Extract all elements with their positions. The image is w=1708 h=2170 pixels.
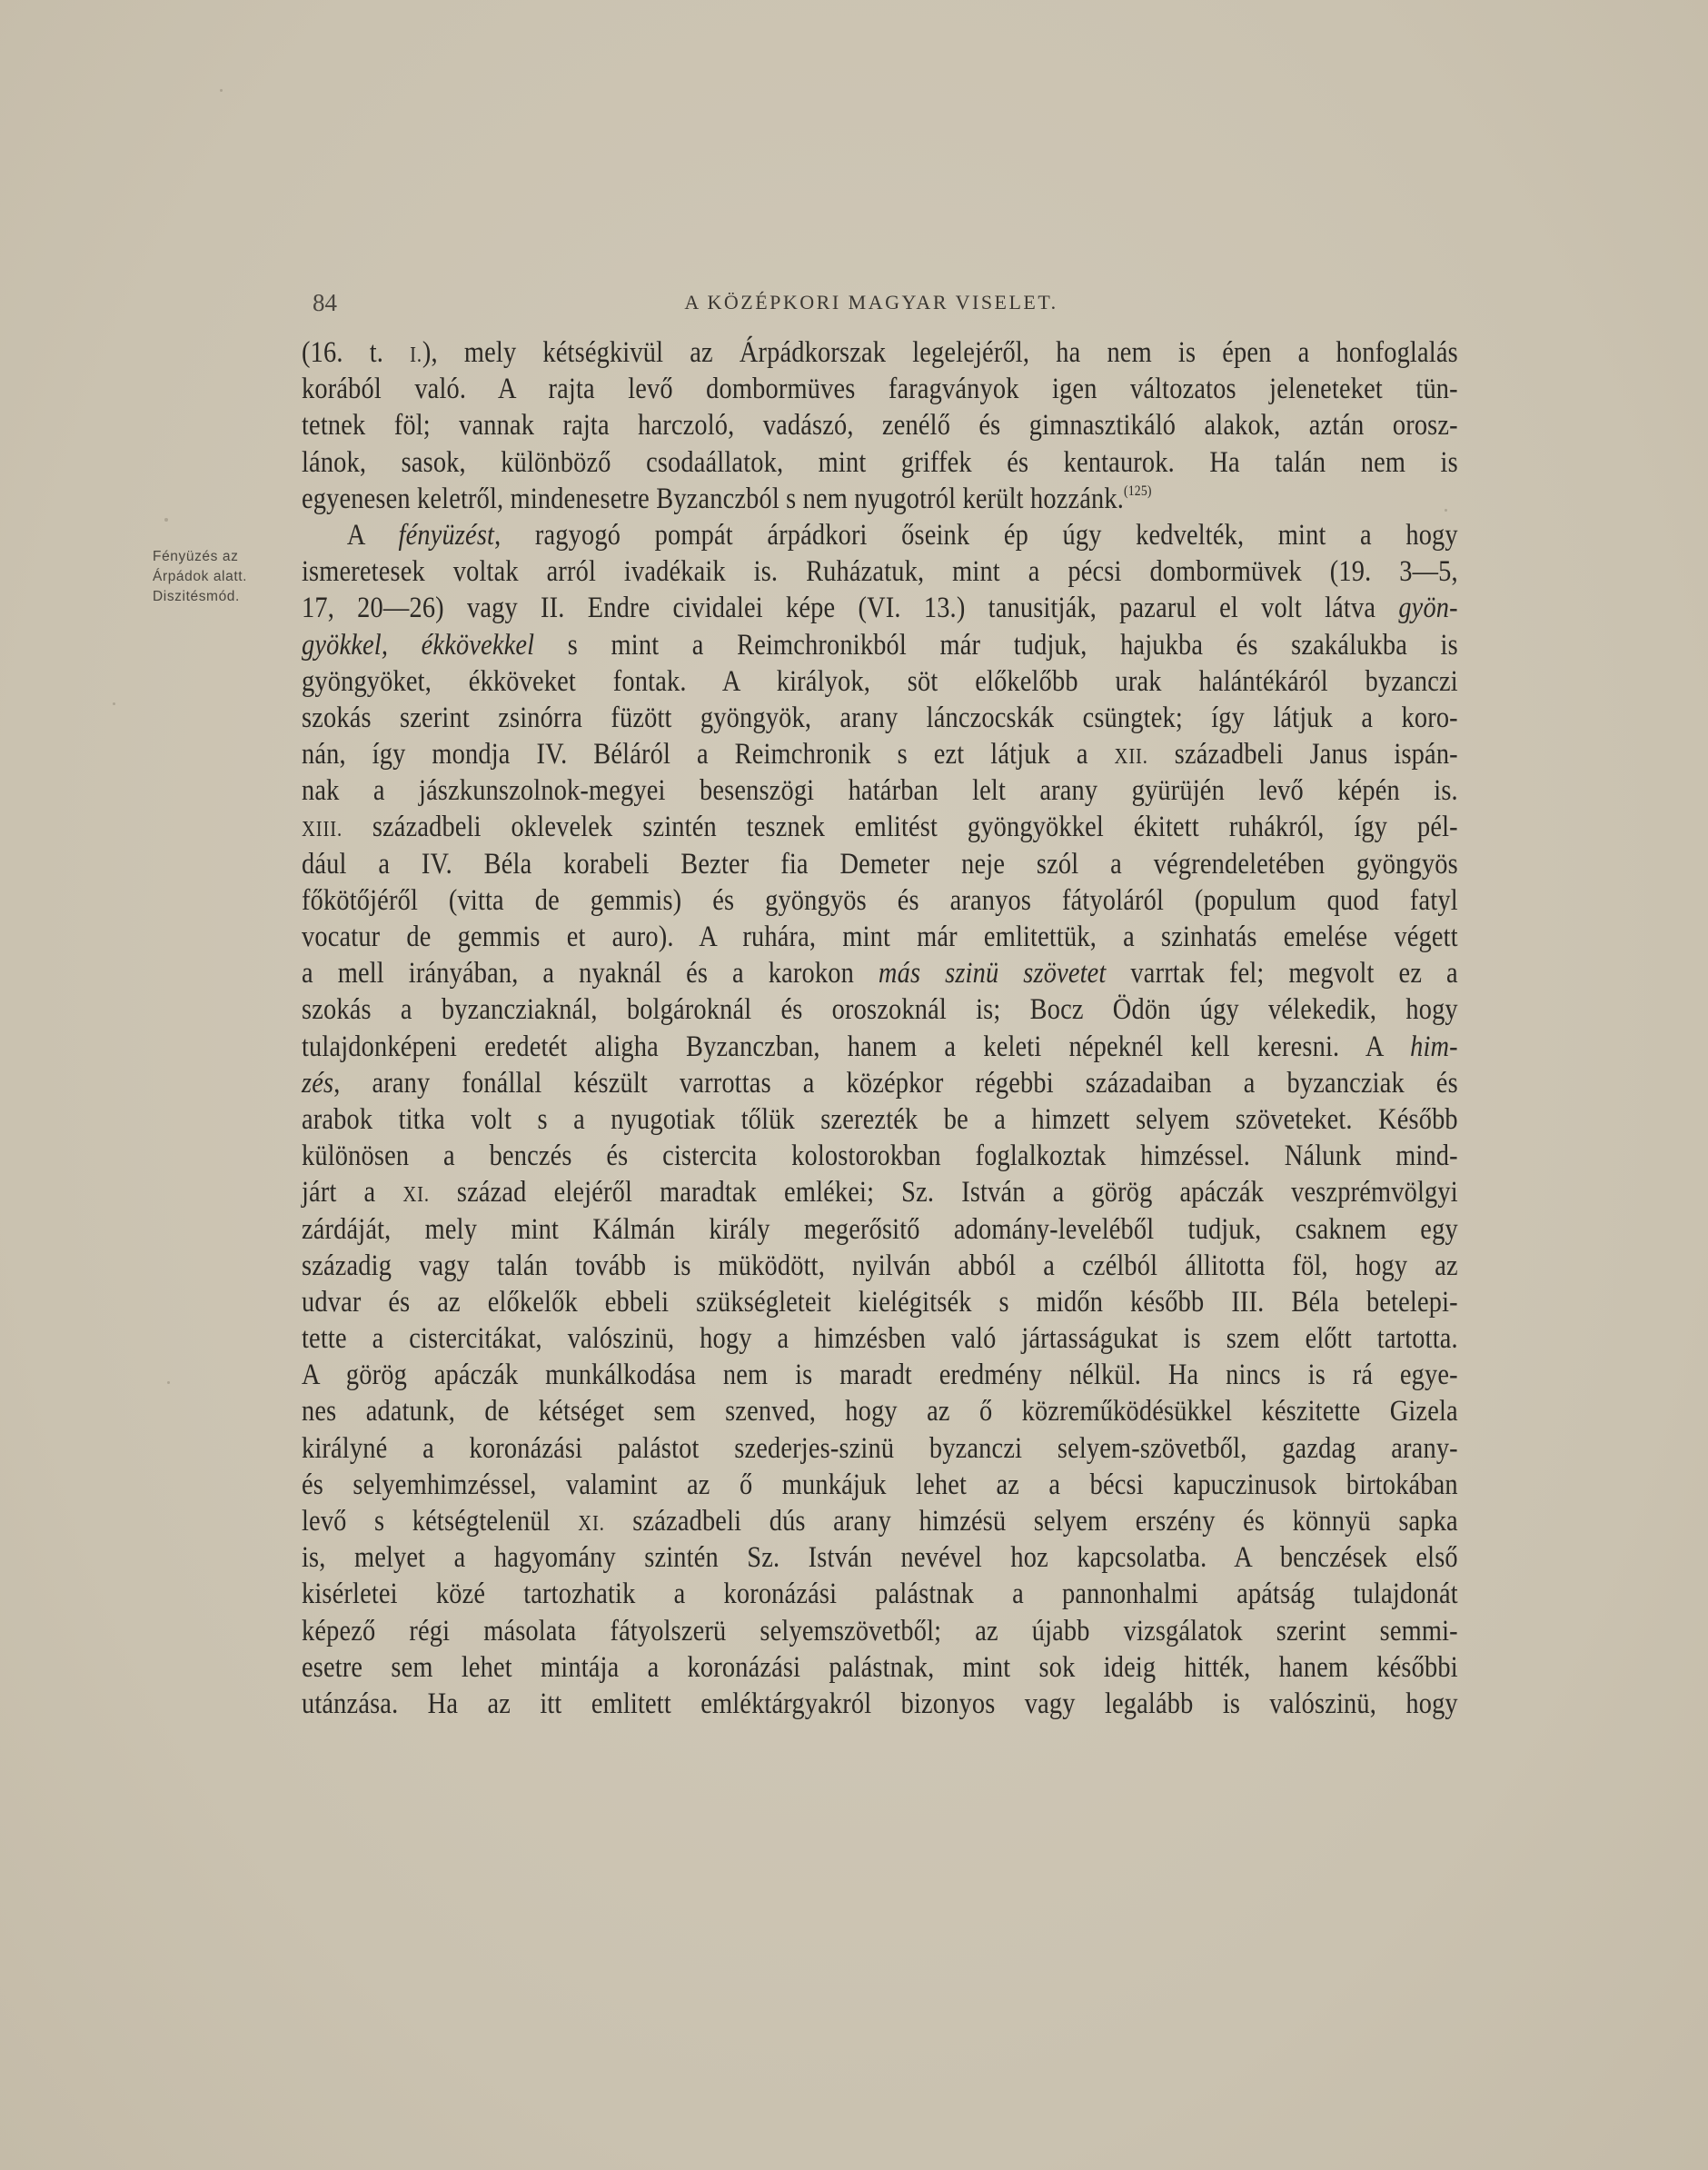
paper-speck xyxy=(220,89,223,92)
margin-note-line: Árpádok alatt. xyxy=(153,567,289,587)
text-line: különösen a benczés és cistercita kolost… xyxy=(302,1138,1458,1174)
text-run: A görög apáczák munkálkodása nem is mara… xyxy=(302,1359,1458,1391)
text-run: szokás a byzancziaknál, bolgároknál és o… xyxy=(302,993,1458,1026)
text-run: XII. xyxy=(1115,745,1148,769)
text-run: XI. xyxy=(578,1512,605,1536)
text-line: tulajdonképeni eredetét aligha Byzanczba… xyxy=(302,1029,1458,1065)
text-line: vocatur de gemmis et auro). A ruhára, mi… xyxy=(302,919,1458,955)
text-run: egyenesen keletről, mindenesetre Byzancz… xyxy=(302,483,1124,515)
text-run: levő s kétségtelenül xyxy=(302,1505,578,1538)
running-title: A KÖZÉPKORI MAGYAR VISELET. xyxy=(313,291,1430,314)
text-run: képező régi másolata fátyolszerü selyems… xyxy=(302,1615,1458,1647)
footnote-ref: (125) xyxy=(1124,483,1152,499)
text-run: század elejéről maradtak emlékei; Sz. Is… xyxy=(430,1176,1458,1209)
text-run: századig vagy talán tovább is müködött, … xyxy=(302,1249,1458,1282)
text-line: főkötőjéről (vitta de gemmis) és gyöngyö… xyxy=(302,882,1458,919)
text-line: (16. t. I.), mely kétségkivül az Árpádko… xyxy=(302,334,1458,371)
text-run: vocatur de gemmis et auro). A ruhára, mi… xyxy=(302,921,1458,953)
text-run: ismeretesek voltak arról ivadékaik is. R… xyxy=(302,555,1458,588)
body-text: (16. t. I.), mely kétségkivül az Árpádko… xyxy=(302,334,1457,1722)
text-line: dául a IV. Béla korabeli Bezter fia Deme… xyxy=(302,846,1458,882)
text-line: nán, így mondja IV. Béláról a Reimchroni… xyxy=(302,736,1458,772)
text-run: nes adatunk, de kétséget sem szenved, ho… xyxy=(302,1395,1458,1428)
text-line: századig vagy talán tovább is müködött, … xyxy=(302,1248,1458,1284)
text-run: dául a IV. Béla korabeli Bezter fia Deme… xyxy=(302,848,1458,881)
text-run: szokás szerint zsinórra füzött gyöngyök,… xyxy=(302,702,1458,734)
text-run: kisérletei közé tartozhatik a koronázási… xyxy=(302,1578,1458,1610)
text-run: (16. t. xyxy=(302,336,410,369)
text-run: udvar és az előkelők ebbeli szükségletei… xyxy=(302,1286,1458,1319)
text-line: arabok titka volt s a nyugotiak tőlük sz… xyxy=(302,1101,1458,1138)
italic-term: fényüzést xyxy=(399,519,495,552)
text-run: gyöngyöket, ékköveket fontak. A királyok… xyxy=(302,665,1458,698)
text-line: 17, 20—26) vagy II. Endre cividalei képe… xyxy=(302,590,1458,626)
text-run: s mint a Reimchronikból már tudjuk, haju… xyxy=(534,629,1458,662)
text-run: századbeli Janus ispán- xyxy=(1148,738,1458,771)
text-line: és selyemhimzéssel, valamint az ő munkáj… xyxy=(302,1467,1458,1503)
text-run: lánok, sasok, különböző csodaállatok, mi… xyxy=(302,446,1458,479)
text-line: levő s kétségtelenül XI. századbeli dús … xyxy=(302,1503,1458,1539)
text-line: esetre sem lehet mintája a koronázási pa… xyxy=(302,1649,1458,1686)
text-line: korából való. A rajta levő dombormüves f… xyxy=(302,371,1458,407)
text-line: járt a XI. század elejéről maradtak emlé… xyxy=(302,1174,1458,1210)
text-line: udvar és az előkelők ebbeli szükségletei… xyxy=(302,1284,1458,1320)
text-line: képező régi másolata fátyolszerü selyems… xyxy=(302,1613,1458,1649)
margin-note: Fényüzés az Árpádok alatt. Diszitésmód. xyxy=(153,547,289,607)
text-line: gyökkel, ékkövekkel s mint a Reimchronik… xyxy=(302,627,1458,663)
italic-term: más szinü szövetet xyxy=(879,957,1107,990)
text-line: XIII. századbeli oklevelek szintén teszn… xyxy=(302,809,1458,845)
text-line: is, melyet a hagyomány szintén Sz. Istvá… xyxy=(302,1539,1458,1576)
text-run: , ragyogó pompát árpádkori őseink ép úgy… xyxy=(494,519,1458,552)
text-line: a mell irányában, a nyaknál és a karokon… xyxy=(302,955,1458,991)
text-line: egyenesen keletről, mindenesetre Byzancz… xyxy=(302,481,1458,517)
text-run: is, melyet a hagyomány szintén Sz. Istvá… xyxy=(302,1541,1458,1574)
paper-speck xyxy=(1445,509,1447,512)
text-line: zárdáját, mely mint Kálmán király megerő… xyxy=(302,1211,1458,1248)
text-line: A görög apáczák munkálkodása nem is mara… xyxy=(302,1357,1458,1393)
text-line: szokás szerint zsinórra füzött gyöngyök,… xyxy=(302,700,1458,736)
text-line: ismeretesek voltak arról ivadékaik is. R… xyxy=(302,553,1458,590)
text-run: nán, így mondja IV. Béláról a Reimchroni… xyxy=(302,738,1115,771)
text-run: I. xyxy=(410,343,422,367)
text-run: tetnek föl; vannak rajta harczoló, vadás… xyxy=(302,409,1458,442)
text-run: különösen a benczés és cistercita kolost… xyxy=(302,1140,1458,1172)
text-run: tulajdonképeni eredetét aligha Byzanczba… xyxy=(302,1030,1410,1063)
text-line: királyné a koronázási palástot szederjes… xyxy=(302,1430,1458,1467)
text-run: 17, 20—26) vagy II. Endre cividalei képe… xyxy=(302,592,1398,624)
text-run: járt a xyxy=(302,1176,402,1209)
text-run: főkötőjéről (vitta de gemmis) és gyöngyö… xyxy=(302,884,1458,917)
text-run: A xyxy=(347,519,399,552)
paper-speck xyxy=(113,702,115,705)
text-line: szokás a byzancziaknál, bolgároknál és o… xyxy=(302,991,1458,1028)
text-run: XI. xyxy=(402,1183,430,1207)
text-line: tette a cistercitákat, valószinü, hogy a… xyxy=(302,1320,1458,1357)
text-run: esetre sem lehet mintája a koronázási pa… xyxy=(302,1651,1458,1684)
italic-term: gyön- xyxy=(1398,592,1457,624)
text-run: a mell irányában, a nyaknál és a karokon xyxy=(302,957,879,990)
text-run: XIII. xyxy=(302,818,343,841)
margin-note-line: Fényüzés az xyxy=(153,547,289,567)
book-page: 84 A KÖZÉPKORI MAGYAR VISELET. Fényüzés … xyxy=(0,0,1708,2170)
text-run: századbeli dús arany himzésü selyem ersz… xyxy=(605,1505,1458,1538)
text-run: arabok titka volt s a nyugotiak tőlük sz… xyxy=(302,1103,1458,1136)
text-run: zárdáját, mely mint Kálmán király megerő… xyxy=(302,1213,1458,1246)
margin-note-line: Diszitésmód. xyxy=(153,587,289,607)
italic-term: gyökkel, ékkövekkel xyxy=(302,629,534,662)
text-line: lánok, sasok, különböző csodaállatok, mi… xyxy=(302,444,1458,481)
text-run: és selyemhimzéssel, valamint az ő munkáj… xyxy=(302,1468,1458,1501)
running-head: 84 A KÖZÉPKORI MAGYAR VISELET. xyxy=(313,289,1430,325)
text-run: századbeli oklevelek szintén tesznek eml… xyxy=(343,811,1458,843)
paper-speck xyxy=(164,518,168,522)
text-run: tette a cistercitákat, valószinü, hogy a… xyxy=(302,1322,1458,1355)
text-line: zés, arany fonállal készült varrottas a … xyxy=(302,1065,1458,1101)
text-line: gyöngyöket, ékköveket fontak. A királyok… xyxy=(302,663,1458,700)
text-run: , arany fonállal készült varrottas a köz… xyxy=(333,1067,1458,1100)
text-run: ), mely kétségkivül az Árpádkorszak lege… xyxy=(422,336,1458,369)
italic-term: him- xyxy=(1410,1030,1458,1063)
text-line: nak a jászkunszolnok-megyei besenszögi h… xyxy=(302,772,1458,809)
italic-term: zés xyxy=(302,1067,333,1100)
text-run: királyné a koronázási palástot szederjes… xyxy=(302,1432,1458,1465)
text-line: A fényüzést, ragyogó pompát árpádkori ős… xyxy=(302,517,1458,553)
text-line: nes adatunk, de kétséget sem szenved, ho… xyxy=(302,1393,1458,1429)
text-line: kisérletei közé tartozhatik a koronázási… xyxy=(302,1576,1458,1612)
text-line: tetnek föl; vannak rajta harczoló, vadás… xyxy=(302,407,1458,443)
text-run: varrtak fel; megvolt ez a xyxy=(1106,957,1457,990)
text-run: utánzása. Ha az itt emlitett emléktárgya… xyxy=(302,1687,1458,1720)
paper-speck xyxy=(167,1381,170,1384)
text-line: utánzása. Ha az itt emlitett emléktárgya… xyxy=(302,1686,1458,1722)
text-run: korából való. A rajta levő dombormüves f… xyxy=(302,373,1458,405)
text-run: nak a jászkunszolnok-megyei besenszögi h… xyxy=(302,774,1458,807)
